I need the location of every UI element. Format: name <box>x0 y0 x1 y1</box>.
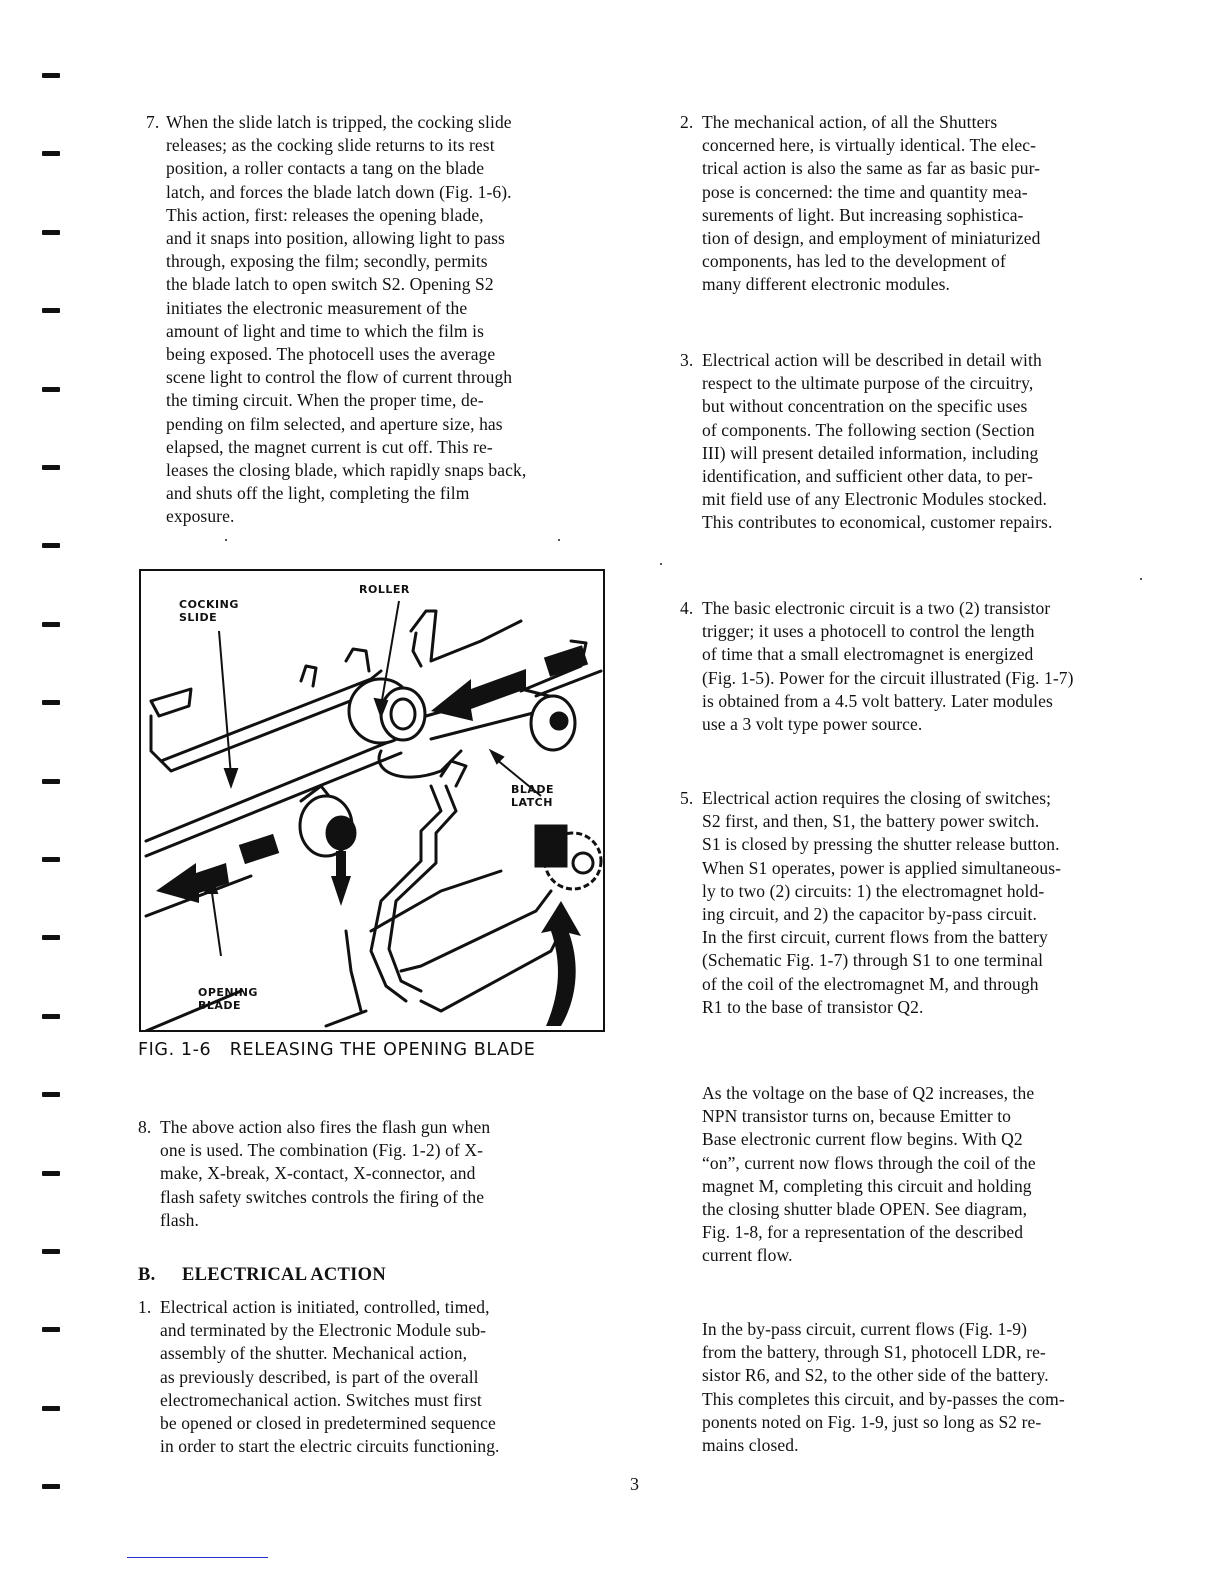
text-line: many different electronic modules. <box>702 273 1180 296</box>
text-line: from the battery, through S1, photocell … <box>702 1341 1182 1364</box>
item-body: The mechanical action, of all the Shutte… <box>680 111 1180 297</box>
item-body: The basic electronic circuit is a two (2… <box>680 597 1180 736</box>
text-line: S1 is closed by pressing the shutter rel… <box>702 833 1180 856</box>
label-blade-latch: BLADE LATCH <box>511 783 554 809</box>
binder-margin-mark <box>42 1484 60 1489</box>
text-line: flash. <box>160 1209 618 1232</box>
text-line: ly to two (2) circuits: 1) the electroma… <box>702 880 1180 903</box>
binder-margin-mark <box>42 151 60 156</box>
text-line: through, exposing the film; secondly, pe… <box>166 250 626 273</box>
binder-margin-mark <box>42 779 60 784</box>
text-line: in order to start the electric circuits … <box>160 1435 628 1458</box>
item-number: 3. <box>680 349 693 372</box>
text-line: (Fig. 1-5). Power for the circuit illust… <box>702 667 1180 690</box>
binder-margin-mark <box>42 543 60 548</box>
text-line: position, a roller contacts a tang on th… <box>166 157 626 180</box>
text-line: R1 to the base of transistor Q2. <box>702 996 1180 1019</box>
text-line: is obtained from a 4.5 volt battery. Lat… <box>702 690 1180 713</box>
item-body: Electrical action is initiated, controll… <box>138 1296 628 1458</box>
paragraph-item-8: 8. The above action also fires the flash… <box>138 1116 618 1232</box>
binder-margin-mark <box>42 1171 60 1176</box>
text-line: use a 3 volt type power source. <box>702 713 1180 736</box>
text-line: one is used. The combination (Fig. 1-2) … <box>160 1139 618 1162</box>
blue-rule-line <box>127 1557 268 1558</box>
text-line: Electrical action will be described in d… <box>702 349 1180 372</box>
text-line: respect to the ultimate purpose of the c… <box>702 372 1180 395</box>
scan-speck <box>558 539 560 541</box>
text-line: When the slide latch is tripped, the coc… <box>166 111 626 134</box>
text-line: This contributes to economical, customer… <box>702 511 1180 534</box>
text-line: mains closed. <box>702 1434 1182 1457</box>
paragraph-item-b1: 1. Electrical action is initiated, contr… <box>138 1296 628 1458</box>
text-line: III) will present detailed information, … <box>702 442 1180 465</box>
text-line: latch, and forces the blade latch down (… <box>166 181 626 204</box>
text-line: releases; as the cocking slide returns t… <box>166 134 626 157</box>
text-line: make, X-break, X-contact, X-connector, a… <box>160 1162 618 1185</box>
text-line: trigger; it uses a photocell to control … <box>702 620 1180 643</box>
scan-speck <box>1140 578 1142 580</box>
binder-margin-mark <box>42 73 60 78</box>
item-number: 1. <box>138 1296 151 1319</box>
binder-margin-mark <box>42 622 60 627</box>
text-line: pending on film selected, and aperture s… <box>166 413 626 436</box>
text-line: In the by-pass circuit, current flows (F… <box>702 1318 1182 1341</box>
paragraph-item-2: 2. The mechanical action, of all the Shu… <box>680 111 1180 297</box>
text-line: the closing shutter blade OPEN. See diag… <box>702 1198 1182 1221</box>
text-line: Fig. 1-8, for a representation of the de… <box>702 1221 1182 1244</box>
text-line: identification, and sufficient other dat… <box>702 465 1180 488</box>
paragraph-q2-turn-on: As the voltage on the base of Q2 increas… <box>702 1082 1182 1268</box>
binder-margin-mark <box>42 230 60 235</box>
text-line: pose is concerned: the time and quantity… <box>702 181 1180 204</box>
paragraph-bypass-circuit: In the by-pass circuit, current flows (F… <box>702 1318 1182 1457</box>
text-line: mit field use of any Electronic Modules … <box>702 488 1180 511</box>
text-line: This completes this circuit, and by-pass… <box>702 1388 1182 1411</box>
binder-margin-mark <box>42 465 60 470</box>
scan-speck <box>660 563 662 565</box>
binder-margin-mark <box>42 1092 60 1097</box>
binder-margin-mark <box>42 308 60 313</box>
paragraph-body: In the by-pass circuit, current flows (F… <box>702 1318 1182 1457</box>
figure-caption: FIG. 1-6 RELEASING THE OPENING BLADE <box>138 1040 535 1060</box>
text-line: current flow. <box>702 1244 1182 1267</box>
text-line: In the first circuit, current flows from… <box>702 926 1180 949</box>
text-line: ing circuit, and 2) the capacitor by-pas… <box>702 903 1180 926</box>
text-line: of the coil of the electromagnet M, and … <box>702 973 1180 996</box>
text-line: but without concentration on the specifi… <box>702 395 1180 418</box>
text-line: the blade latch to open switch S2. Openi… <box>166 273 626 296</box>
text-line: (Schematic Fig. 1-7) through S1 to one t… <box>702 949 1180 972</box>
paragraph-item-7: 7. When the slide latch is tripped, the … <box>146 111 626 529</box>
text-line: S2 first, and then, S1, the battery powe… <box>702 810 1180 833</box>
item-number: 2. <box>680 111 693 134</box>
figure-1-6: COCKING SLIDE ROLLER BLADE LATCH OPENING… <box>139 569 605 1032</box>
section-letter: B. <box>138 1265 182 1286</box>
text-line: As the voltage on the base of Q2 increas… <box>702 1082 1182 1105</box>
paragraph-item-3: 3. Electrical action will be described i… <box>680 349 1180 535</box>
text-line: electromechanical action. Switches must … <box>160 1389 628 1412</box>
text-line: The mechanical action, of all the Shutte… <box>702 111 1180 134</box>
text-line: exposure. <box>166 505 626 528</box>
text-line: of time that a small electromagnet is en… <box>702 643 1180 666</box>
text-line: Electrical action is initiated, controll… <box>160 1296 628 1319</box>
item-body: Electrical action will be described in d… <box>680 349 1180 535</box>
binder-margin-mark <box>42 387 60 392</box>
text-line: trical action is also the same as far as… <box>702 157 1180 180</box>
text-line: When S1 operates, power is applied simul… <box>702 857 1180 880</box>
text-line: magnet M, completing this circuit and ho… <box>702 1175 1182 1198</box>
text-line: as previously described, is part of the … <box>160 1366 628 1389</box>
text-line: tion of design, and employment of miniat… <box>702 227 1180 250</box>
label-opening-blade: OPENING BLADE <box>198 986 258 1012</box>
page-number: 3 <box>630 1474 639 1495</box>
text-line: The above action also fires the flash gu… <box>160 1116 618 1139</box>
binder-margin-mark <box>42 935 60 940</box>
text-line: amount of light and time to which the fi… <box>166 320 626 343</box>
text-line: assembly of the shutter. Mechanical acti… <box>160 1342 628 1365</box>
scan-speck <box>225 539 227 541</box>
item-body: The above action also fires the flash gu… <box>138 1116 618 1232</box>
text-line: and shuts off the light, completing the … <box>166 482 626 505</box>
item-body: Electrical action requires the closing o… <box>680 787 1180 1019</box>
paragraph-item-5: 5. Electrical action requires the closin… <box>680 787 1180 1019</box>
text-line: leases the closing blade, which rapidly … <box>166 459 626 482</box>
text-line: The basic electronic circuit is a two (2… <box>702 597 1180 620</box>
text-line: elapsed, the magnet current is cut off. … <box>166 436 626 459</box>
binder-margin-mark <box>42 1327 60 1332</box>
item-number: 8. <box>138 1116 151 1139</box>
section-heading-electrical-action: B.ELECTRICAL ACTION <box>138 1265 386 1286</box>
text-line: surements of light. But increasing sophi… <box>702 204 1180 227</box>
text-line: Base electronic current flow begins. Wit… <box>702 1128 1182 1151</box>
text-line: of components. The following section (Se… <box>702 419 1180 442</box>
binder-margin-mark <box>42 700 60 705</box>
text-line: initiates the electronic measurement of … <box>166 297 626 320</box>
text-line: be opened or closed in predetermined seq… <box>160 1412 628 1435</box>
text-line: being exposed. The photocell uses the av… <box>166 343 626 366</box>
text-line: “on”, current now flows through the coil… <box>702 1152 1182 1175</box>
item-number: 7. <box>146 111 159 134</box>
binder-margin-mark <box>42 1014 60 1019</box>
paragraph-item-4: 4. The basic electronic circuit is a two… <box>680 597 1180 736</box>
text-line: the timing circuit. When the proper time… <box>166 389 626 412</box>
text-line: concerned here, is virtually identical. … <box>702 134 1180 157</box>
text-line: components, has led to the development o… <box>702 250 1180 273</box>
text-line: flash safety switches controls the firin… <box>160 1186 618 1209</box>
text-line: ponents noted on Fig. 1-9, just so long … <box>702 1411 1182 1434</box>
item-body: When the slide latch is tripped, the coc… <box>146 111 626 529</box>
paragraph-body: As the voltage on the base of Q2 increas… <box>702 1082 1182 1268</box>
text-line: This action, first: releases the opening… <box>166 204 626 227</box>
item-number: 4. <box>680 597 693 620</box>
binder-margin-mark <box>42 1406 60 1411</box>
binder-margin-mark <box>42 1249 60 1254</box>
text-line: Electrical action requires the closing o… <box>702 787 1180 810</box>
label-roller: ROLLER <box>359 583 410 596</box>
text-line: scene light to control the flow of curre… <box>166 366 626 389</box>
item-number: 5. <box>680 787 693 810</box>
section-title: ELECTRICAL ACTION <box>182 1265 386 1285</box>
text-line: sistor R6, and S2, to the other side of … <box>702 1364 1182 1387</box>
label-cocking-slide: COCKING SLIDE <box>179 598 239 624</box>
binder-margin-mark <box>42 857 60 862</box>
text-line: and terminated by the Electronic Module … <box>160 1319 628 1342</box>
text-line: and it snaps into position, allowing lig… <box>166 227 626 250</box>
text-line: NPN transistor turns on, because Emitter… <box>702 1105 1182 1128</box>
